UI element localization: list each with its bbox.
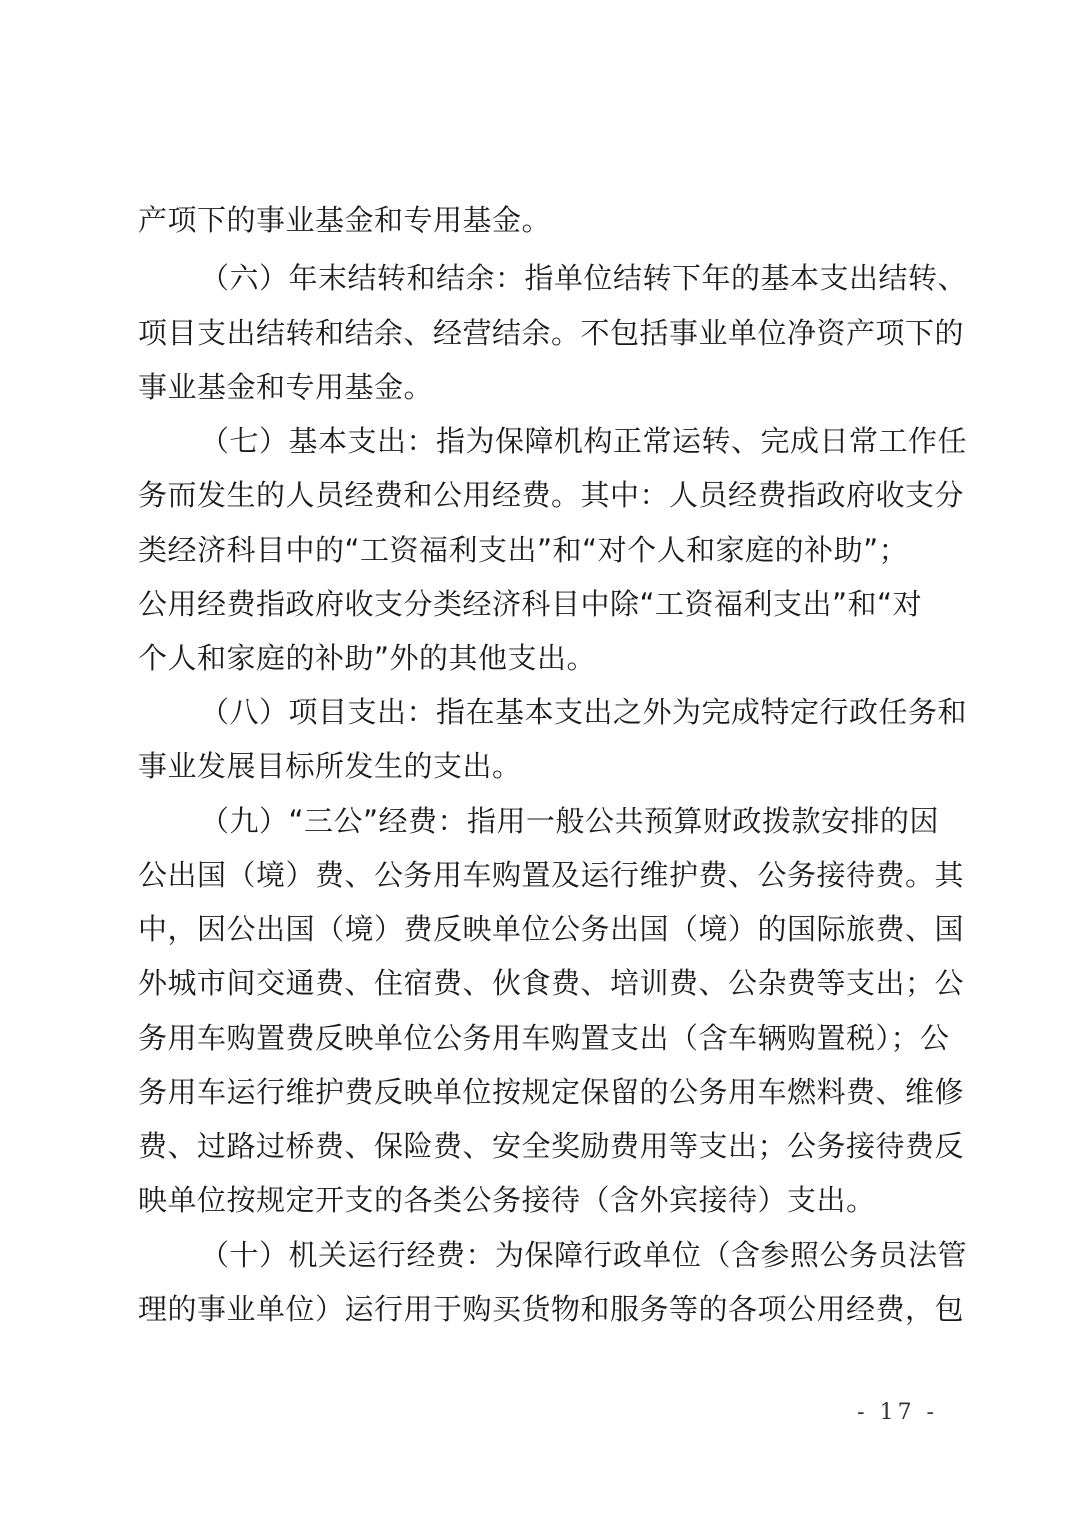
text-line: 事业发展目标所发生的支出。 xyxy=(138,746,938,786)
text-line: 费、过路过桥费、保险费、安全奖励费用等支出；公务接待费反 xyxy=(138,1126,938,1166)
text-line: 项目支出结转和结余、经营结余。不包括事业单位净资产项下的 xyxy=(138,313,938,353)
text-line: 映单位按规定开支的各类公务接待（含外宾接待）支出。 xyxy=(138,1180,938,1220)
text-line: 中，因公出国（境）费反映单位公务出国（境）的国际旅费、国 xyxy=(138,909,938,949)
text-line: （七）基本支出：指为保障机构正常运转、完成日常工作任 xyxy=(200,421,938,461)
text-line: 理的事业单位）运行用于购买货物和服务等的各项公用经费，包 xyxy=(138,1289,938,1329)
document-page: 产项下的事业基金和专用基金。 （六）年末结转和结余：指单位结转下年的基本支出结转… xyxy=(0,0,1074,1520)
text-line: 个人和家庭的补助”外的其他支出。 xyxy=(138,638,938,678)
text-line: （十）机关运行经费：为保障行政单位（含参照公务员法管 xyxy=(200,1235,938,1275)
page-number: - 17 - xyxy=(857,1400,938,1425)
text-line: 务而发生的人员经费和公用经费。其中：人员经费指政府收支分 xyxy=(138,475,938,515)
text-line: （九）“三公”经费：指用一般公共预算财政拨款安排的因 xyxy=(200,801,938,841)
text-line: 外城市间交通费、住宿费、伙食费、培训费、公杂费等支出；公 xyxy=(138,963,938,1003)
text-line: 事业基金和专用基金。 xyxy=(138,367,938,407)
text-line: 务用车运行维护费反映单位按规定保留的公务用车燃料费、维修 xyxy=(138,1072,938,1112)
text-line: 务用车购置费反映单位公务用车购置支出（含车辆购置税）；公 xyxy=(138,1018,938,1058)
text-line: 类经济科目中的“工资福利支出”和“对个人和家庭的补助”； xyxy=(138,530,938,570)
text-line: 公出国（境）费、公务用车购置及运行维护费、公务接待费。其 xyxy=(138,855,938,895)
text-line: 产项下的事业基金和专用基金。 xyxy=(138,200,938,240)
text-line: 公用经费指政府收支分类经济科目中除“工资福利支出”和“对 xyxy=(138,584,938,624)
text-line: （六）年末结转和结余：指单位结转下年的基本支出结转、 xyxy=(200,258,938,298)
text-line: （八）项目支出：指在基本支出之外为完成特定行政任务和 xyxy=(200,692,938,732)
